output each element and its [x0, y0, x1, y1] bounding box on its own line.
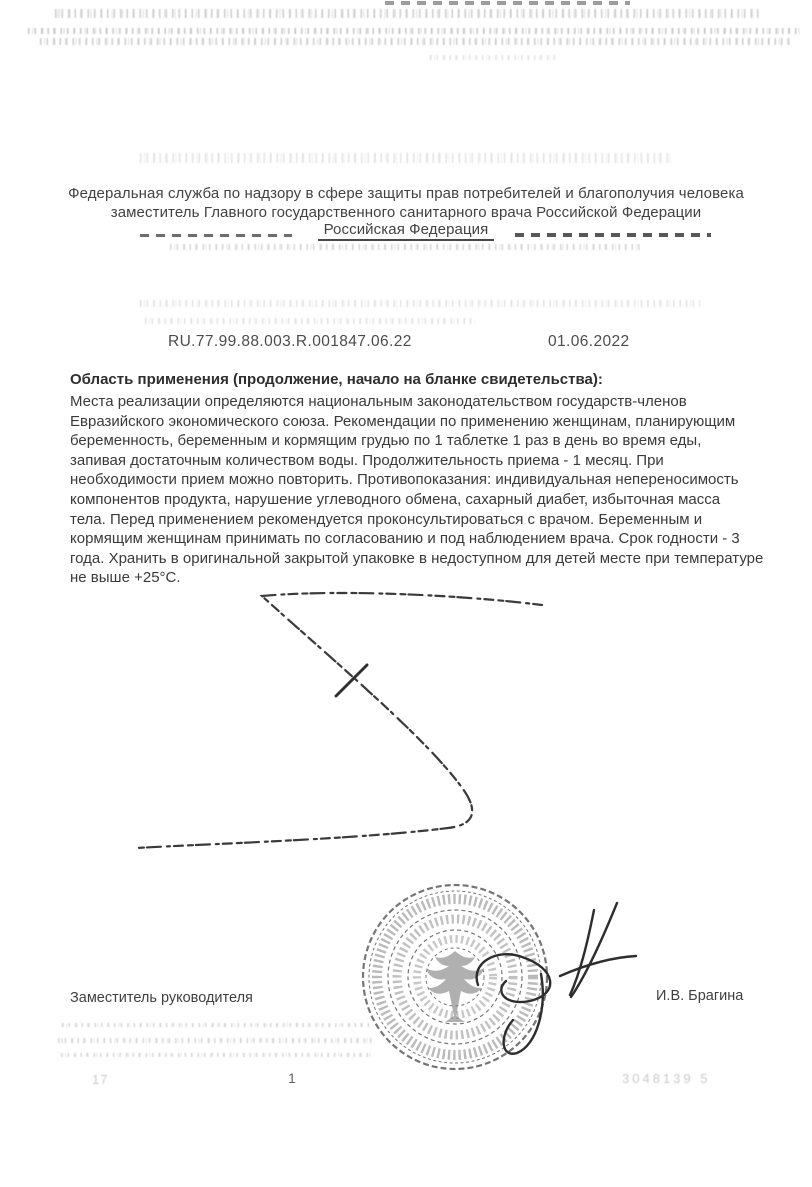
scanned-certificate-page: Федеральная служба по надзору в сфере за…: [0, 0, 812, 1187]
body-paragraph: Места реализации определяются национальн…: [70, 392, 782, 588]
footer-noise-row-3: [61, 1053, 371, 1057]
footer-noise-row-1: [62, 1023, 370, 1027]
header-caption-noise: [170, 244, 640, 250]
page-number: 1: [288, 1070, 296, 1086]
section-heading: Область применения (продолжение, начало …: [70, 371, 770, 388]
signature: [460, 895, 640, 1065]
body-line: тела. Перед применением рекомендуется пр…: [70, 510, 782, 530]
scan-noise-above-header: [140, 153, 670, 163]
footer-left-faint-mark: 17: [92, 1072, 108, 1087]
footer-counter-number: 3048139 5: [622, 1071, 710, 1086]
body-line: года. Хранить в оригинальной закрытой уп…: [70, 549, 782, 569]
scan-noise-band-4: [430, 55, 560, 60]
body-line: Евразийского экономического союза. Реком…: [70, 412, 782, 432]
footer-noise-row-2: [58, 1038, 374, 1043]
redaction-dash-right: [515, 233, 711, 237]
signer-name: И.В. Брагина: [656, 988, 743, 1004]
body-line: необходимости прием можно повторить. Про…: [70, 470, 782, 490]
redaction-dash-left: [140, 234, 292, 237]
scan-noise-mid-2: [145, 318, 475, 324]
header-official-line: заместитель Главного государственного са…: [0, 204, 812, 221]
registration-number: RU.77.99.88.003.R.001847.06.22: [168, 333, 412, 351]
scan-noise-band-3: [40, 38, 790, 45]
header-authority-line: Федеральная служба по надзору в сфере за…: [0, 185, 812, 202]
country-underlined-text: Российская Федерация: [318, 221, 495, 241]
position-title: Заместитель руководителя: [70, 990, 253, 1006]
scan-noise-band-2: [28, 28, 800, 34]
scan-noise-top-edge: [385, 1, 630, 5]
body-line: Места реализации определяются национальн…: [70, 392, 782, 412]
body-line: компонентов продукта, нарушение углеводн…: [70, 490, 782, 510]
registration-date: 01.06.2022: [548, 333, 630, 351]
scan-noise-band-1: [55, 9, 760, 18]
body-line: беременность, беременным и кормящим груд…: [70, 431, 782, 451]
paraph-mark: [110, 575, 610, 865]
header-country-line: Российская Федерация: [0, 221, 812, 241]
body-line: кормящим женщинам принимать по согласова…: [70, 529, 782, 549]
body-line: запивая достаточным количеством воды. Пр…: [70, 451, 782, 471]
scan-noise-mid-1: [140, 300, 700, 307]
